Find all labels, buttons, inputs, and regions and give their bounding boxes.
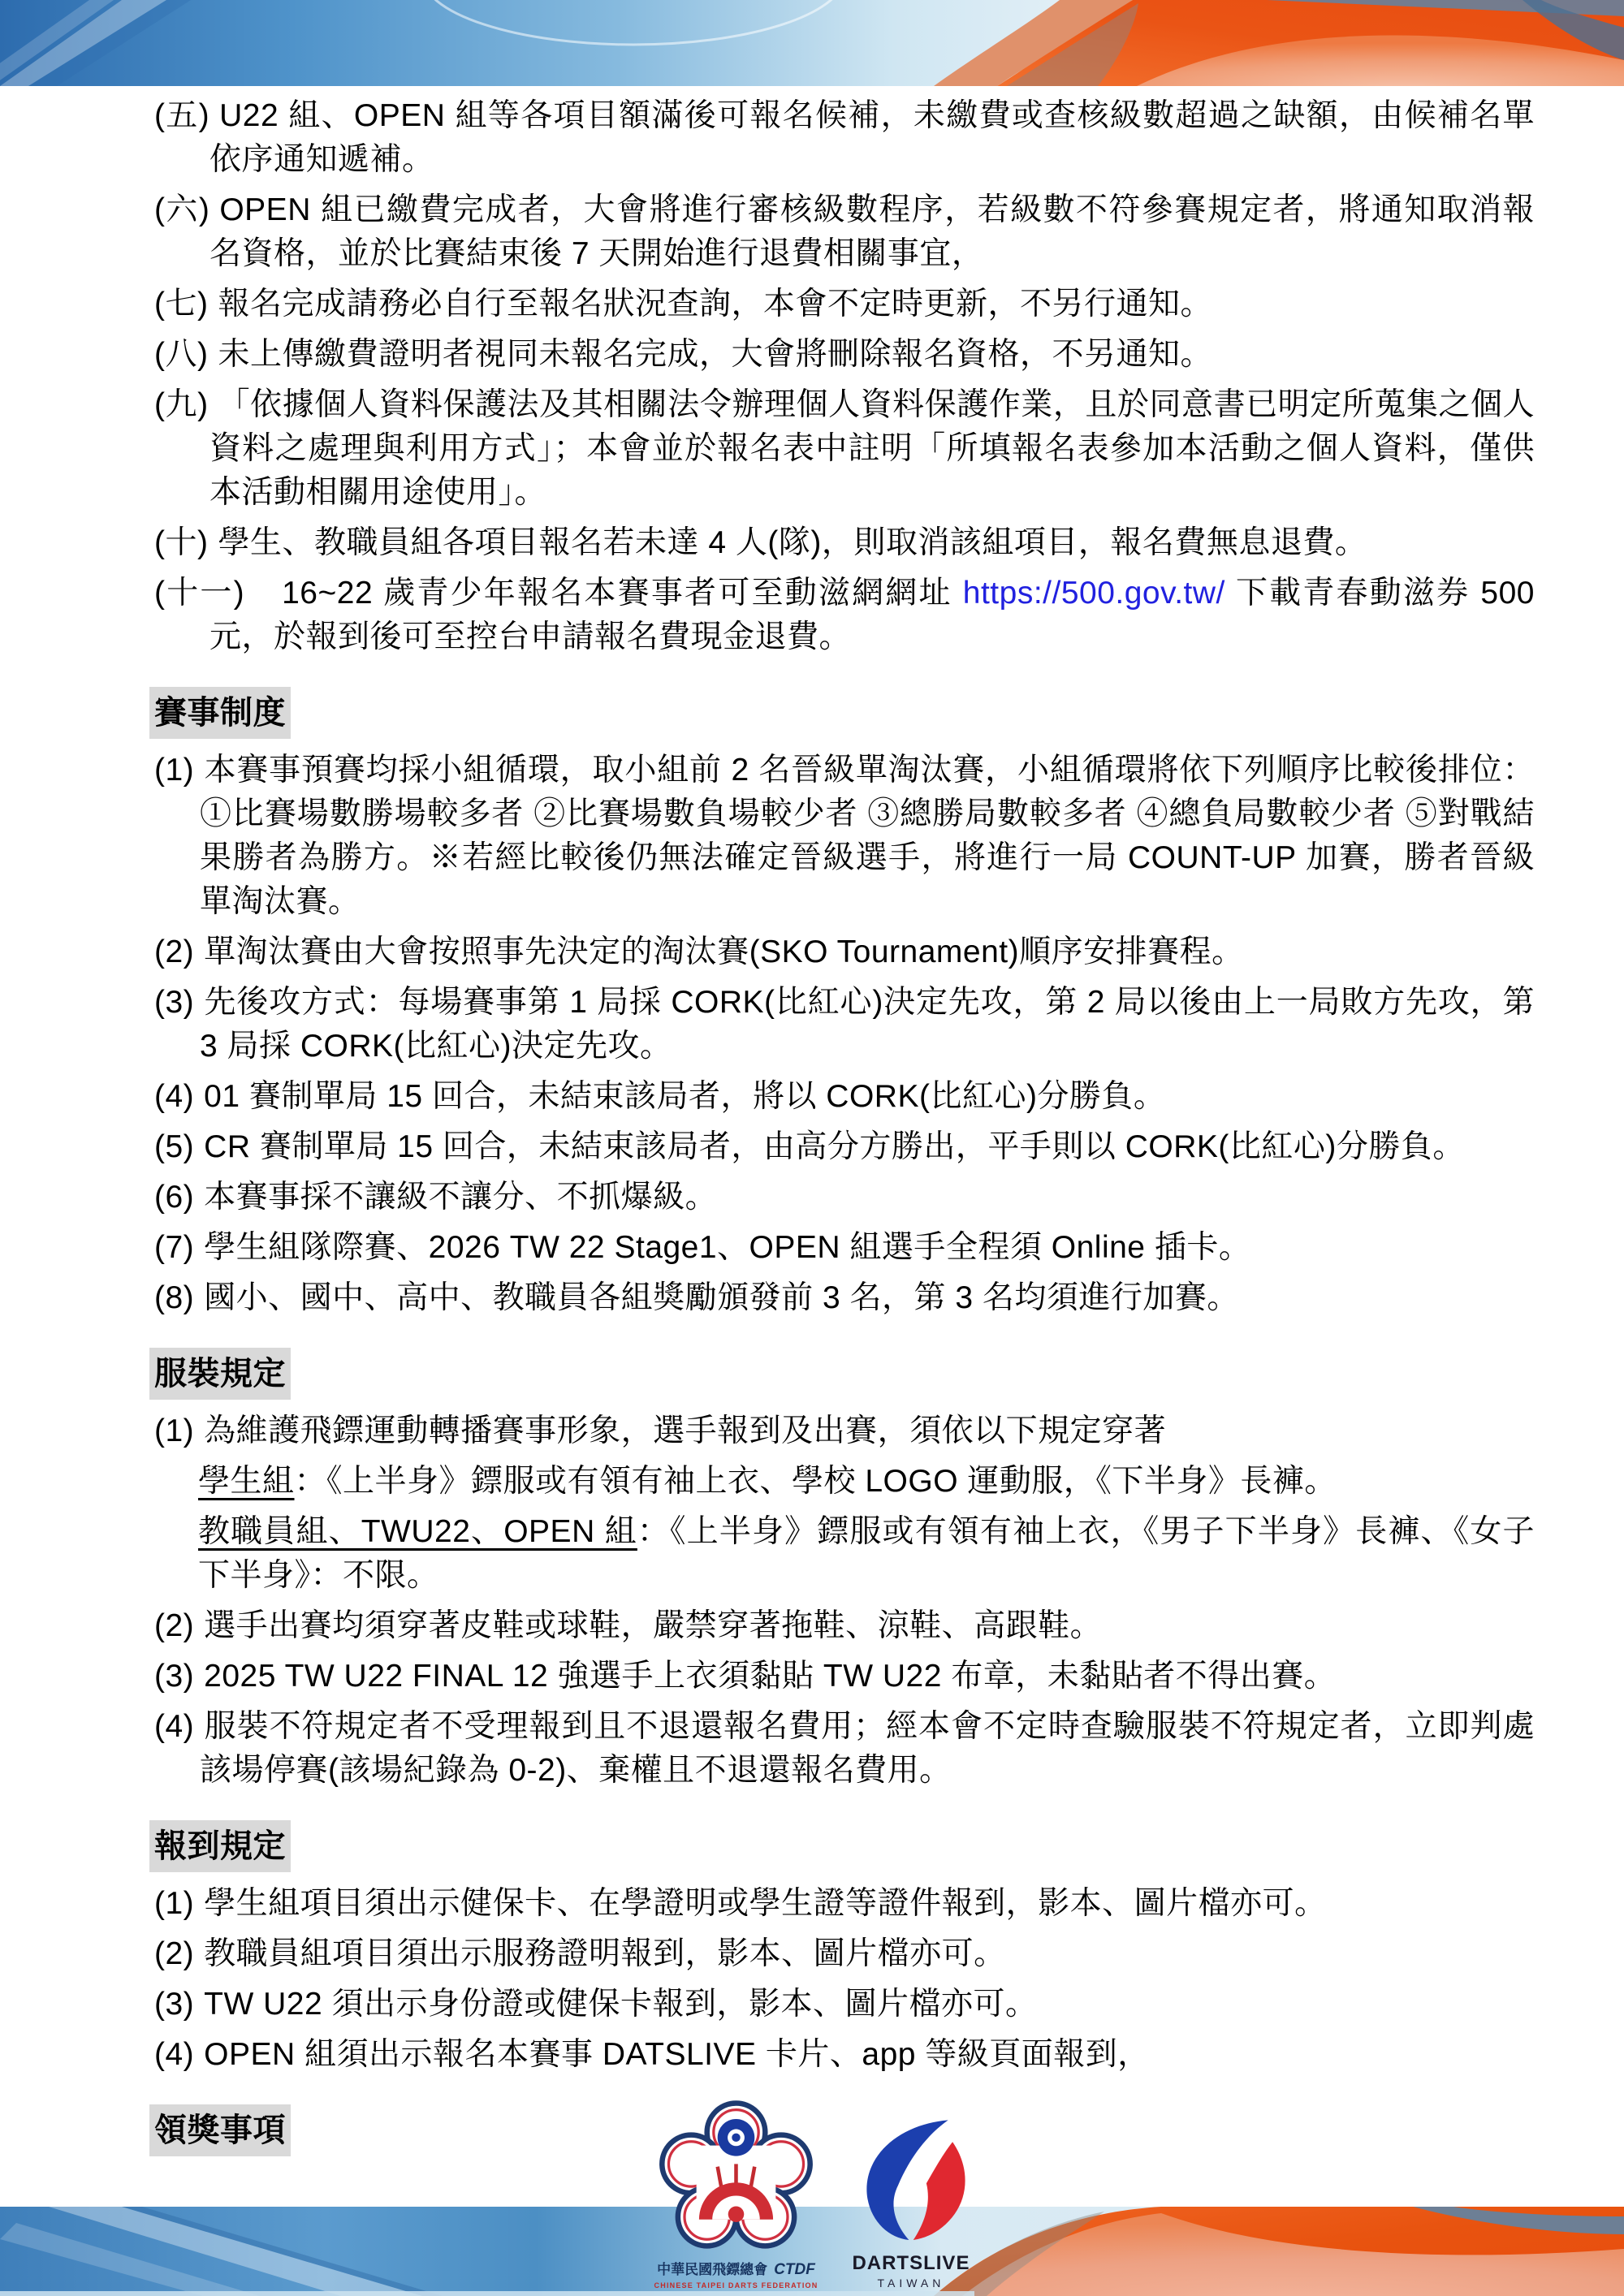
section-header-dress-code: 服裝規定 [149,1348,291,1400]
item-text: 01 賽制單局 15 回合，未結束該局者，將以 CORK(比紅心)分勝負。 [204,1079,1165,1114]
list-item: (1)本賽事預賽均採小組循環，取小組前 2 名晉級單淘汰賽，小組循環將依下列順序… [154,749,1535,924]
item-text: 先後攻方式：每場賽事第 1 局採 CORK(比紅心)決定先攻，第 2 局以後由上… [200,985,1535,1064]
item-text: OPEN 組已繳費完成者，大會將進行審核級數程序，若級數不符參賽規定者，將通知取… [209,192,1535,271]
list-item: (5)CR 賽制單局 15 回合，未結束該局者，由高分方勝出，平手則以 CORK… [154,1125,1535,1169]
list-item: (1)為維護飛鏢運動轉播賽事形象，選手報到及出賽，須依以下規定穿著 [154,1409,1535,1453]
section-header-checkin: 報到規定 [149,1820,291,1872]
document-content: (五)U22 組、OPEN 組等各項目額滿後可報名候補，未繳費或查核級數超過之缺… [0,86,1624,2166]
item-label: (八) [154,337,208,372]
item-label: (2) [154,1936,194,1971]
item-label: (3) [154,1659,194,1694]
item-label: (4) [154,1079,194,1114]
list-item: (七)報名完成請務必自行至報名狀況查詢，本會不定時更新，不另行通知。 [154,283,1535,326]
dress-subline-staff: 教職員組、TWU22、OPEN 組：《上半身》鏢服或有領有袖上衣，《男子下半身》… [198,1510,1535,1598]
dartslive-swirl-logo-icon [852,2116,970,2251]
item-text: 本賽事採不讓級不讓分、不抓爆級。 [204,1180,717,1215]
list-item: (4)服裝不符規定者不受理報到且不退還報名費用；經本會不定時查驗服裝不符規定者，… [154,1705,1535,1793]
item-label: (六) [154,192,209,227]
item-label: (6) [154,1180,194,1215]
list-item: (7)學生組隊際賽、2026 TW 22 Stage1、OPEN 組選手全程須 … [154,1226,1535,1270]
list-item: (6)本賽事採不讓級不讓分、不抓爆級。 [154,1176,1535,1219]
list-item: (十)學生、教職員組各項目報名若未達 4 人(隊)，則取消該組項目，報名費無息退… [154,521,1535,565]
item-label: (五) [154,98,209,133]
bottom-banner-graphic: 中華民國飛鏢總會CTDF CHINESE TAIPEI DARTS FEDERA… [0,2207,1624,2296]
list-item: (3)2025 TW U22 FINAL 12 強選手上衣須黏貼 TW U22 … [154,1655,1535,1698]
list-item: (十一)16~22 歲青少年報名本賽事者可至動滋網網址 https://500.… [154,572,1535,659]
underlined-term: 學生組 [198,1464,295,1499]
item-text: OPEN 組須出示報名本賽事 DATSLIVE 卡片、app 等級頁面報到， [204,2037,1150,2072]
list-item: (五)U22 組、OPEN 組等各項目額滿後可報名候補，未繳費或查核級數超過之缺… [154,94,1535,182]
item-text: 教職員組項目須出示服務證明報到，影本、圖片檔亦可。 [204,1936,1006,1971]
footer-logos: 中華民國飛鏢總會CTDF CHINESE TAIPEI DARTS FEDERA… [654,2098,970,2290]
item-text: TW U22 須出示身份證或健保卡報到，影本、圖片檔亦可。 [204,1987,1037,2022]
list-item: (4)01 賽制單局 15 回合，未結束該局者，將以 CORK(比紅心)分勝負。 [154,1075,1535,1119]
document-page: (五)U22 組、OPEN 組等各項目額滿後可報名候補，未繳費或查核級數超過之缺… [0,0,1624,2296]
item-label: (5) [154,1129,194,1164]
item-label: (十) [154,525,208,560]
list-item: (九)「依據個人資料保護法及其相關法令辦理個人資料保護作業，且於同意書已明定所蒐… [154,383,1535,515]
item-label: (2) [154,1608,194,1643]
item-label: (1) [154,1413,194,1448]
ctdf-abbr: CTDF [774,2261,815,2278]
item-text: CR 賽制單局 15 回合，未結束該局者，由高分方勝出，平手則以 CORK(比紅… [204,1129,1465,1164]
item-label: (1) [154,1886,194,1921]
item-label: (十一) [154,576,244,611]
dartslive-wordmark: DARTSLIVE [852,2252,970,2275]
item-text: 報名完成請務必自行至報名狀況查詢，本會不定時更新，不另行通知。 [218,287,1212,322]
list-item: (8)國小、國中、高中、教職員各組獎勵頒發前 3 名，第 3 名均須進行加賽。 [154,1276,1535,1320]
item-label: (4) [154,1709,194,1744]
item-text: 未上傳繳費證明者視同未報名完成，大會將刪除報名資格，不另通知。 [218,337,1212,372]
list-item: (2)選手出賽均須穿著皮鞋或球鞋，嚴禁穿著拖鞋、涼鞋、高跟鞋。 [154,1604,1535,1648]
ctdf-name-en: CHINESE TAIPEI DARTS FEDERATION [654,2281,818,2290]
item-text: 學生、教職員組各項目報名若未達 4 人(隊)，則取消該組項目，報名費無息退費。 [218,525,1367,560]
list-item: (3)先後攻方式：每場賽事第 1 局採 CORK(比紅心)決定先攻，第 2 局以… [154,981,1535,1068]
item-text: 國小、國中、高中、教職員各組獎勵頒發前 3 名，第 3 名均須進行加賽。 [204,1280,1239,1315]
underlined-term: 教職員組、TWU22、OPEN 組 [198,1514,637,1549]
item-text: U22 組、OPEN 組等各項目額滿後可報名候補，未繳費或查核級數超過之缺額，由… [209,98,1535,177]
list-item: (1)學生組項目須出示健保卡、在學證明或學生證等證件報到，影本、圖片檔亦可。 [154,1882,1535,1926]
item-label: (3) [154,985,194,1020]
item-label: (7) [154,1230,194,1265]
ctdf-name-zh-text: 中華民國飛鏢總會 [657,2262,767,2277]
item-text: 選手出賽均須穿著皮鞋或球鞋，嚴禁穿著拖鞋、涼鞋、高跟鞋。 [204,1608,1102,1643]
item-text: 16~22 歲青少年報名本賽事者可至動滋網網址 [282,576,952,611]
item-text: 學生組隊際賽、2026 TW 22 Stage1、OPEN 組選手全程須 Onl… [204,1230,1250,1265]
list-item: (4)OPEN 組須出示報名本賽事 DATSLIVE 卡片、app 等級頁面報到… [154,2033,1535,2077]
item-text: 單淘汰賽由大會按照事先決定的淘汰賽(SKO Tournament)順序安排賽程。 [204,934,1243,969]
link-500gov[interactable]: https://500.gov.tw/ [963,576,1225,611]
item-text: 2025 TW U22 FINAL 12 強選手上衣須黏貼 TW U22 布章，… [204,1659,1336,1694]
section-header-awards: 領獎事項 [149,2104,291,2156]
section-header-tournament: 賽事制度 [149,687,291,739]
item-label: (七) [154,287,208,322]
item-label: (4) [154,2037,194,2072]
list-item: (六)OPEN 組已繳費完成者，大會將進行審核級數程序，若級數不符參賽規定者，將… [154,188,1535,276]
item-text: 學生組項目須出示健保卡、在學證明或學生證等證件報到，影本、圖片檔亦可。 [204,1886,1327,1921]
ctdf-plum-blossom-logo-icon [654,2098,818,2256]
list-item: (3)TW U22 須出示身份證或健保卡報到，影本、圖片檔亦可。 [154,1983,1535,2026]
item-text: 本賽事預賽均採小組循環，取小組前 2 名晉級單淘汰賽，小組循環將依下列順序比較後… [200,753,1535,919]
item-text: ：《上半身》鏢服或有領有袖上衣、學校 LOGO 運動服，《下半身》長褲。 [295,1464,1337,1499]
item-text: 「依據個人資料保護法及其相關法令辦理個人資料保護作業，且於同意書已明定所蒐集之個… [209,387,1535,510]
item-label: (1) [154,753,194,788]
list-item: (2)教職員組項目須出示服務證明報到，影本、圖片檔亦可。 [154,1932,1535,1976]
dartslive-logo-block: DARTSLIVE TAIWAN [852,2116,970,2290]
item-label: (九) [154,387,209,422]
item-text: 服裝不符規定者不受理報到且不退還報名費用；經本會不定時查驗服裝不符規定者，立即判… [200,1709,1535,1788]
top-banner-graphic [0,0,1624,86]
ctdf-name-zh: 中華民國飛鏢總會CTDF [657,2258,815,2279]
item-text: 為維護飛鏢運動轉播賽事形象，選手報到及出賽，須依以下規定穿著 [204,1413,1166,1448]
list-item: (2)單淘汰賽由大會按照事先決定的淘汰賽(SKO Tournament)順序安排… [154,930,1535,974]
item-label: (8) [154,1280,194,1315]
dress-subline-students: 學生組：《上半身》鏢服或有領有袖上衣、學校 LOGO 運動服，《下半身》長褲。 [198,1460,1535,1504]
dartslive-region: TAIWAN [878,2277,945,2290]
item-label: (3) [154,1987,194,2022]
ctdf-logo-block: 中華民國飛鏢總會CTDF CHINESE TAIPEI DARTS FEDERA… [654,2098,818,2290]
item-label: (2) [154,934,194,969]
list-item: (八)未上傳繳費證明者視同未報名完成，大會將刪除報名資格，不另通知。 [154,333,1535,377]
top-banner-art [0,0,1624,86]
